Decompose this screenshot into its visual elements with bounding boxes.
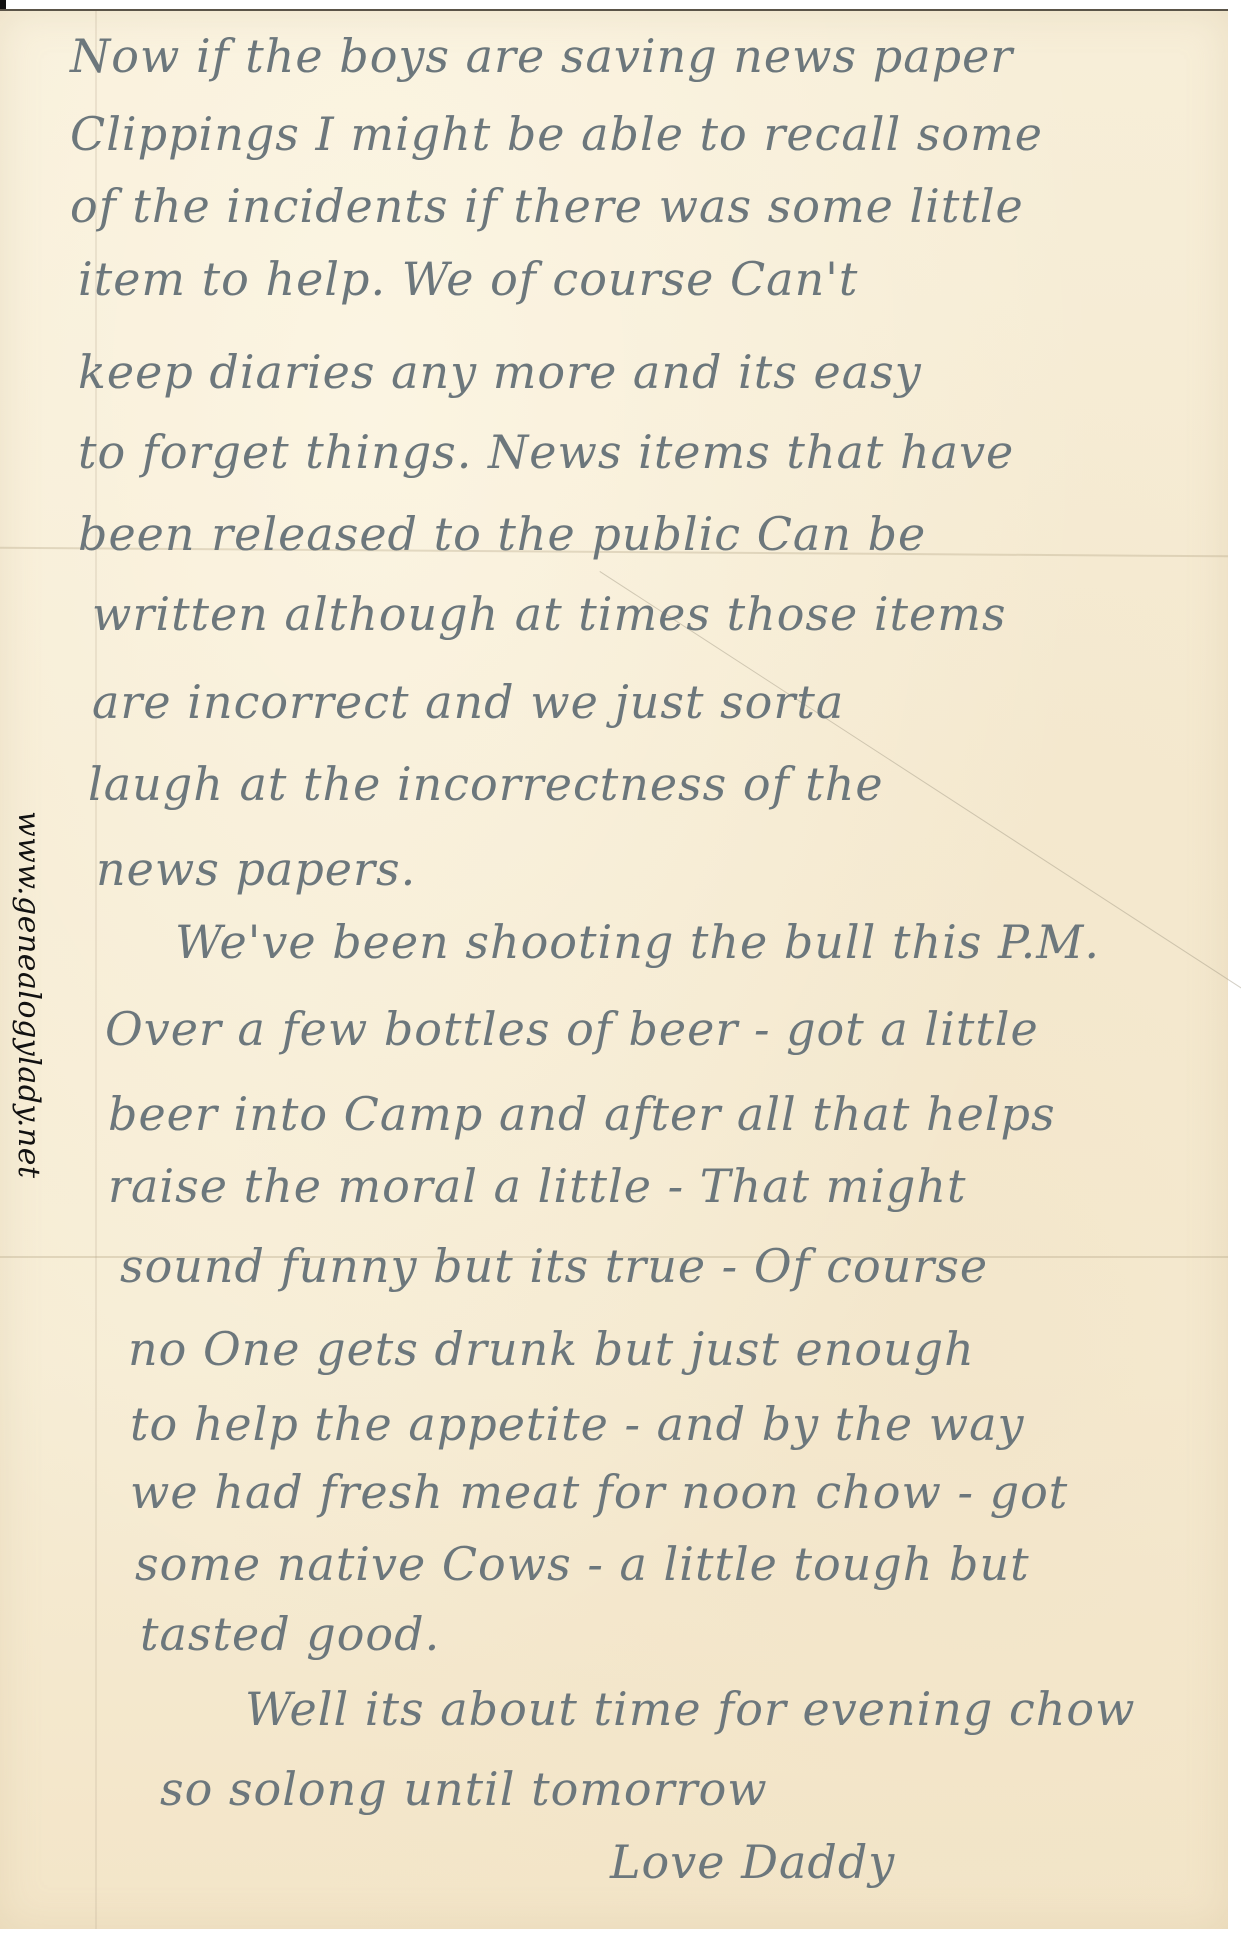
watermark: www.genealogylady.net — [6, 811, 46, 1191]
letter-line: no One gets drunk but just enough — [128, 1326, 975, 1372]
letter-line: some native Cows - a little tough but — [135, 1541, 1030, 1587]
letter-line: sound funny but its true - Of course — [120, 1243, 988, 1289]
letter-line: raise the moral a little - That might — [108, 1163, 967, 1209]
letter-line: so solong until tomorrow — [160, 1766, 768, 1812]
letter-line: item to help. We of course Can't — [78, 256, 858, 302]
signature: Love Daddy — [610, 1839, 895, 1885]
letter-line: to help the appetite - and by the way — [130, 1401, 1025, 1447]
letter-line: beer into Camp and after all that helps — [108, 1091, 1056, 1137]
letter-line: Well its about time for evening chow — [245, 1686, 1135, 1732]
letter-line: of the incidents if there was some littl… — [70, 183, 1024, 229]
letter-line: laugh at the incorrectness of the — [88, 761, 884, 807]
letter-line: are incorrect and we just sorta — [92, 679, 844, 725]
letter-line: We've been shooting the bull this P.M. — [175, 919, 1100, 965]
letter-page: Now if the boys are saving news paperCli… — [0, 9, 1228, 1929]
letter-line: to forget things. News items that have — [78, 429, 1014, 475]
paper-crease-diagonal — [599, 571, 1241, 1062]
letter-line: we had fresh meat for noon chow - got — [130, 1469, 1068, 1515]
letter-line: been released to the public Can be — [78, 511, 926, 557]
letter-line: tasted good. — [140, 1611, 440, 1657]
letter-line: Clippings I might be able to recall some — [70, 111, 1043, 157]
letter-line: Now if the boys are saving news paper — [70, 33, 1013, 79]
letter-line: news papers. — [96, 846, 416, 892]
letter-line: written although at times those items — [92, 591, 1006, 637]
letter-line: keep diaries any more and its easy — [78, 349, 922, 395]
letter-line: Over a few bottles of beer - got a littl… — [105, 1006, 1039, 1052]
